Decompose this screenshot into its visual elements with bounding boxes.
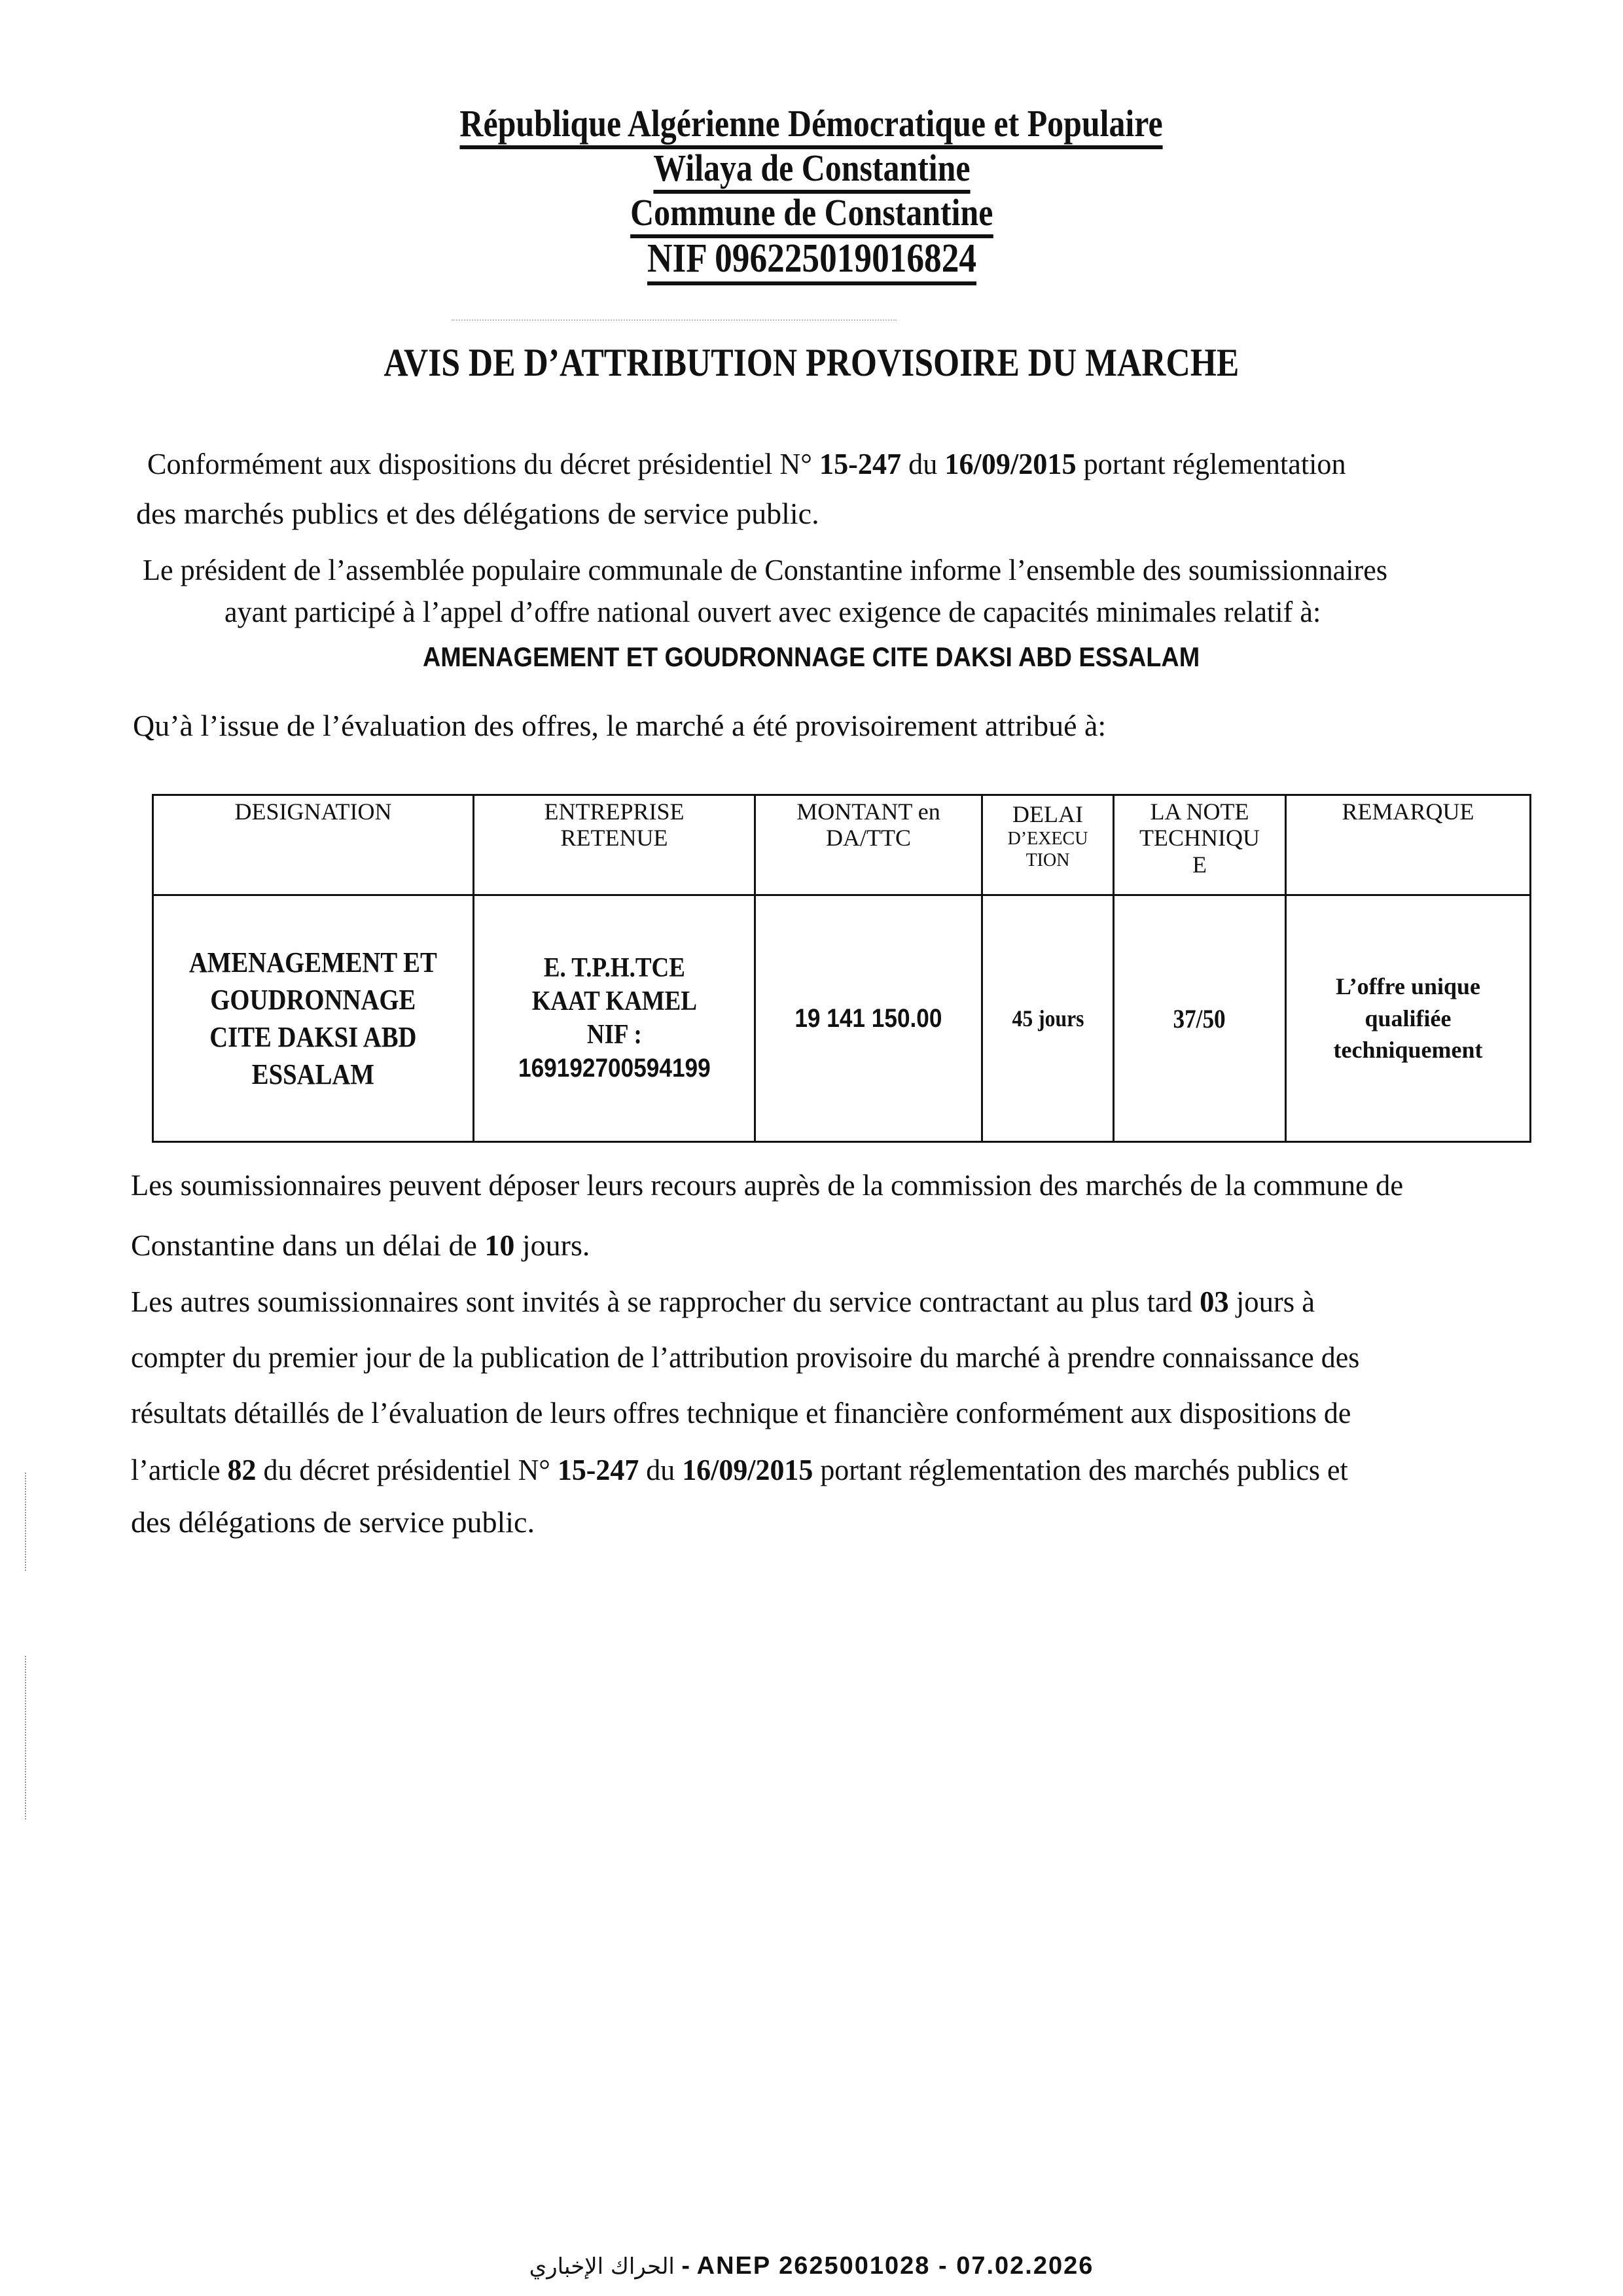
text: Le président de l’assemblée populaire co… (143, 555, 1387, 585)
text: Constantine dans un délai de (131, 1229, 484, 1262)
text: REMARQUE (1342, 798, 1474, 825)
text: E. T.P.H.TCE (543, 953, 685, 983)
designation-wrap: AMENAGEMENT ET GOUDRONNAGE CITE DAKSI AB… (189, 944, 437, 1094)
text: compter du premier jour de la publicatio… (131, 1342, 1359, 1372)
cell-remarque: L’offre unique qualifiée techniquement (1286, 895, 1531, 1142)
text: des marchés publics et des délégations d… (136, 497, 819, 530)
decree-date: 16/09/2015 (682, 1453, 813, 1486)
text: portant réglementation (1077, 447, 1346, 480)
text: AMENAGEMENT ET (189, 946, 437, 978)
header-commune-text: Commune de Constantine (630, 194, 993, 238)
scan-artifact-line (452, 319, 897, 321)
header-nif-text: NIF 096225019016824 (647, 238, 976, 285)
recours-line-2: Constantine dans un délai de 10 jours. (131, 1230, 590, 1261)
header-commune: Commune de Constantine (0, 194, 1623, 238)
intro-paragraph-1-line-1: Conformément aux dispositions du décret … (147, 449, 1396, 479)
col-header-entreprise: ENTREPRISERETENUE (474, 795, 755, 895)
cell-note: 37/50 (1114, 895, 1286, 1142)
text: DELAI (1012, 801, 1083, 827)
intro-paragraph-3: Qu’à l’issue de l’évaluation des offres,… (133, 711, 1106, 741)
intro-paragraph-2-line-1: Le président de l’assemblée populaire co… (143, 555, 1439, 585)
text: Qu’à l’issue de l’évaluation des offres,… (133, 709, 1106, 742)
consultation-days: 03 (1200, 1285, 1229, 1318)
consultation-line-1: Les autres soumissionnaires sont invités… (131, 1287, 1351, 1317)
text: Les autres soumissionnaires sont invités… (131, 1285, 1200, 1318)
cell-montant: 19 141 150.00 (755, 895, 982, 1142)
entreprise-nif: 169192700594199 (518, 1054, 711, 1083)
article-number: 82 (228, 1453, 257, 1486)
document-title: AVIS DE D’ATTRIBUTION PROVISOIRE DU MARC… (0, 340, 1623, 386)
text: L’offre unique (1336, 973, 1480, 999)
consultation-line-2: compter du premier jour de la publicatio… (131, 1342, 1418, 1372)
intro-paragraph-2-line-2: ayant participé à l’appel d’offre nation… (224, 597, 1366, 627)
amount-value: 19 141 150.00 (794, 1004, 942, 1033)
table-row: AMENAGEMENT ET GOUDRONNAGE CITE DAKSI AB… (153, 895, 1531, 1142)
text: du décret présidentiel N° (256, 1453, 557, 1486)
text: jours. (514, 1229, 590, 1262)
col-header-designation: DESIGNATION (153, 795, 474, 895)
text: Conformément aux dispositions du décret … (147, 447, 819, 480)
text: E (1192, 852, 1207, 878)
consultation-line-5: des délégations de service public. (131, 1507, 535, 1537)
cell-delai: 45 jours (982, 895, 1114, 1142)
entreprise-wrap: E. T.P.H.TCE KAAT KAMEL NIF : 1691927005… (518, 952, 711, 1086)
col-header-note: LA NOTETECHNIQUE (1114, 795, 1286, 895)
text: DA/TTC (826, 825, 911, 851)
technical-score: 37/50 (1173, 1003, 1226, 1034)
text: ESSALAM (252, 1058, 374, 1090)
text: TECHNIQU (1139, 825, 1260, 851)
anep-reference: ANEP 2625001028 - 07.02.2026 (697, 2252, 1094, 2280)
recours-line-1: Les soumissionnaires peuvent déposer leu… (131, 1170, 1442, 1200)
project-subject-text: AMENAGEMENT ET GOUDRONNAGE CITE DAKSI AB… (423, 641, 1200, 673)
text: qualifiée (1365, 1005, 1452, 1031)
text: du (901, 447, 944, 480)
text: LA NOTE (1150, 798, 1249, 825)
header-republic: République Algérienne Démocratique et Po… (0, 105, 1623, 149)
header-nif: NIF 096225019016824 (0, 238, 1623, 285)
text: ENTREPRISE (544, 798, 684, 825)
intro-line-wrap: Conformément aux dispositions du décret … (147, 449, 1346, 479)
text: KAAT KAMEL (531, 986, 696, 1016)
award-table: DESIGNATION ENTREPRISERETENUE MONTANT en… (152, 794, 1531, 1143)
scan-artifact-edge (25, 1473, 26, 1571)
text: résultats détaillés de l’évaluation de l… (131, 1398, 1351, 1428)
delay-value: 45 jours (1012, 1005, 1084, 1032)
text: jours à (1229, 1285, 1315, 1318)
text: portant réglementation des marchés publi… (813, 1453, 1347, 1486)
consultation-line-4: l’article 82 du décret présidentiel N° 1… (131, 1455, 1405, 1485)
line-wrap: l’article 82 du décret présidentiel N° 1… (131, 1455, 1348, 1485)
text: DESIGNATION (235, 798, 392, 825)
header-wilaya-text: Wilaya de Constantine (653, 149, 970, 194)
cell-entreprise: E. T.P.H.TCE KAAT KAMEL NIF : 1691927005… (474, 895, 755, 1142)
header-wilaya: Wilaya de Constantine (0, 149, 1623, 194)
decree-number: 15-247 (819, 447, 901, 480)
consultation-line-3: résultats détaillés de l’évaluation de l… (131, 1398, 1408, 1428)
text: D’EXECU (1008, 829, 1088, 849)
text: CITE DAKSI ABD (209, 1021, 416, 1053)
table-header-row: DESIGNATION ENTREPRISERETENUE MONTANT en… (153, 795, 1531, 895)
text: MONTANT en (796, 798, 940, 825)
publication-footer: الحراك الإخباري - ANEP 2625001028 - 07.0… (0, 2251, 1623, 2280)
col-header-delai: DELAID’EXECUTION (982, 795, 1114, 895)
text: GOUDRONNAGE (210, 984, 416, 1016)
text: du (639, 1453, 682, 1486)
text: ayant participé à l’appel d’offre nation… (224, 597, 1321, 627)
cell-designation: AMENAGEMENT ET GOUDRONNAGE CITE DAKSI AB… (153, 895, 474, 1142)
text: Les soumissionnaires peuvent déposer leu… (131, 1170, 1403, 1200)
project-subject: AMENAGEMENT ET GOUDRONNAGE CITE DAKSI AB… (0, 641, 1623, 673)
text: NIF : (587, 1020, 642, 1050)
recours-days: 10 (484, 1229, 514, 1262)
text: techniquement (1334, 1037, 1483, 1063)
text: des délégations de service public. (131, 1505, 535, 1539)
text: TION (1026, 850, 1070, 870)
intro-paragraph-1-line-2: des marchés publics et des délégations d… (136, 499, 819, 529)
line-wrap: Les autres soumissionnaires sont invités… (131, 1287, 1315, 1317)
decree-number: 15-247 (558, 1453, 639, 1486)
header-republic-text: République Algérienne Démocratique et Po… (460, 105, 1163, 149)
text: RETENUE (561, 825, 668, 851)
separator: - (675, 2252, 697, 2280)
text: l’article (131, 1453, 228, 1486)
decree-date: 16/09/2015 (944, 447, 1076, 480)
col-header-montant: MONTANT enDA/TTC (755, 795, 982, 895)
newspaper-name: الحراك الإخباري (529, 2253, 675, 2280)
col-header-remarque: REMARQUE (1286, 795, 1531, 895)
document-title-text: AVIS DE D’ATTRIBUTION PROVISOIRE DU MARC… (384, 340, 1240, 386)
scan-artifact-edge (25, 1656, 26, 1820)
